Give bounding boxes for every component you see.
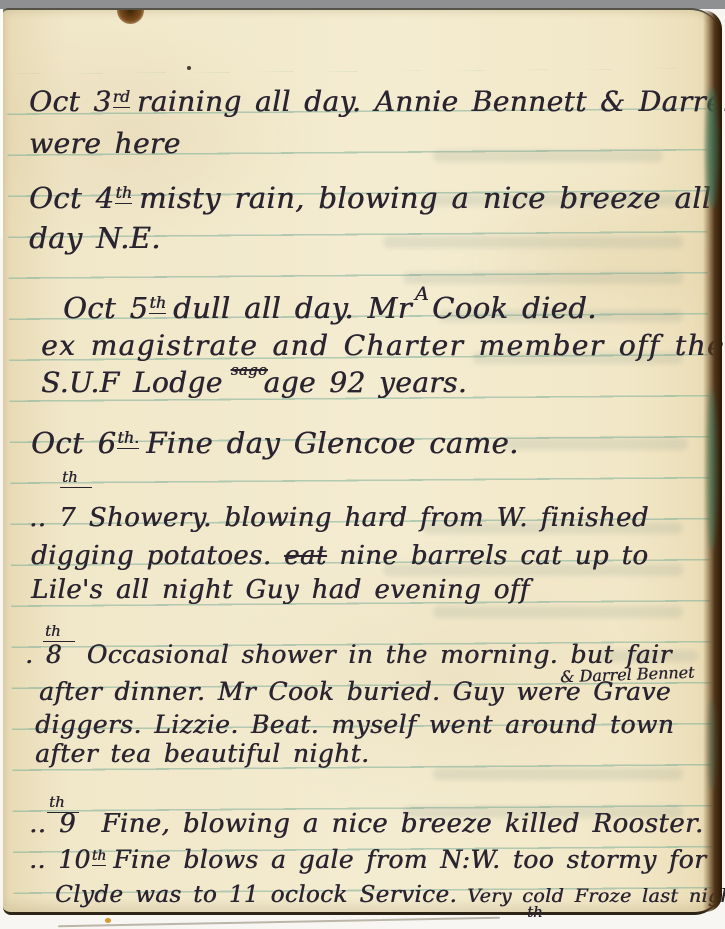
entry-text: age 92 years. — [263, 366, 467, 399]
entry-text: Fine blows a gale from N:W. too stormy f… — [113, 845, 706, 874]
stray-mark: th — [527, 903, 543, 921]
date-ordinal: th — [115, 183, 132, 204]
entry-date: Oct 3 — [29, 85, 112, 118]
entry-oct6-line1: Oct 6th.Fine day Glencoe came. — [31, 427, 519, 460]
entry-oct4-line1: Oct 4thmisty rain, blowing a nice breeze… — [29, 182, 711, 215]
bleed-through-smudge — [433, 606, 683, 618]
entry-oct8-line3: diggers. Lizzie. Beat. myself went aroun… — [35, 711, 674, 740]
entry-oct3-line2: were here — [29, 128, 181, 160]
entry-oct4-line2: day N.E. — [29, 222, 161, 255]
entry-text: misty rain, blowing a nice breeze all — [139, 181, 711, 215]
entry-text: Clyde was to 11 oclock Service. — [55, 882, 457, 908]
diary-photo: Oct 3rdraining all day. Annie Bennett & … — [0, 0, 725, 929]
pencil-line — [58, 917, 500, 927]
entry-text: Lile's all night Guy had evening off — [31, 575, 530, 605]
date-ordinal: rd — [113, 88, 130, 108]
entry-oct5-line1: Oct 5thdull all day. MrACook died. — [63, 292, 597, 325]
binding-teal-smudge — [708, 700, 716, 790]
ditto-mark: .. — [29, 809, 46, 839]
entry-text: diggers. Lizzie. Beat. myself went aroun… — [35, 710, 674, 739]
struck-word: eat — [284, 541, 327, 571]
ink-dot — [187, 66, 191, 70]
entry-text: Fine, blowing a nice breeze killed Roost… — [101, 809, 703, 839]
entry-text: ex magistrate and Charter member off the — [41, 329, 725, 362]
bleed-through-smudge — [433, 150, 663, 162]
diary-page: Oct 3rdraining all day. Annie Bennett & … — [3, 8, 722, 915]
entry-text: Showery. blowing hard from W. finished — [89, 503, 649, 533]
ditto-mark: . — [25, 640, 33, 669]
floating-ordinal: th — [60, 468, 92, 488]
entry-text: Cook died. — [432, 291, 597, 325]
entry-text: day N.E. — [29, 221, 161, 255]
entry-text: dull all day. Mr — [173, 291, 412, 325]
binding-teal-smudge — [706, 88, 718, 208]
inserted-letter: A — [415, 283, 429, 305]
entry-text: nine barrels cat up to — [339, 541, 648, 571]
entry-oct9-line1: .. 9 Fine, blowing a nice breeze killed … — [29, 810, 704, 840]
entry-oct8-line1: . 8 Occasional shower in the morning. bu… — [25, 641, 672, 670]
entry-text: were here — [29, 127, 181, 160]
binding-teal-smudge — [707, 390, 717, 550]
date-ordinal: th — [149, 293, 166, 314]
entry-day: 8 — [46, 640, 62, 669]
entry-oct5-line2: ex magistrate and Charter member off the — [41, 330, 725, 362]
entry-text: digging potatoes. — [31, 541, 271, 571]
bleed-through-smudge — [503, 438, 688, 450]
entry-oct7-line2: digging potatoes. eat nine barrels cat u… — [31, 542, 648, 572]
date-ordinal: th — [92, 848, 106, 866]
entry-oct8-line2: after dinner. Mr Cook buried. Guy were G… — [39, 678, 671, 707]
bleed-through-smudge — [383, 236, 683, 248]
ditto-mark: .. — [29, 503, 46, 533]
entry-oct10-line1: .. 10thFine blows a gale from N:W. too s… — [29, 846, 706, 875]
entry-text: S.U.F Lodge — [41, 366, 223, 399]
entry-text: after dinner. Mr Cook buried. Guy were G… — [39, 677, 671, 706]
floating-ordinal: th — [43, 622, 75, 642]
entry-oct10-line2: Clyde was to 11 oclock Service.Very cold… — [55, 882, 725, 908]
entry-day: 9 — [59, 809, 76, 839]
entry-text-tail: Very cold Froze last night — [467, 885, 725, 907]
ink-stain — [117, 10, 144, 24]
entry-oct7-line3: Lile's all night Guy had evening off — [31, 576, 530, 606]
binding-edge — [703, 10, 722, 912]
entry-oct7-line1: .. 7 Showery. blowing hard from W. finis… — [29, 504, 649, 534]
bleed-through-smudge — [403, 272, 683, 284]
entry-date: Oct 6 — [31, 426, 116, 460]
entry-text: raining all day. Annie Bennett & Darrell — [137, 85, 725, 118]
ditto-mark: .. — [29, 845, 46, 874]
entry-oct5-line3: S.U.F Lodgesagoage 92 years. — [41, 367, 467, 399]
entry-day: 7 — [59, 503, 76, 533]
entry-oct3-line1: Oct 3rdraining all day. Annie Bennett & … — [29, 86, 725, 118]
entry-oct8-line4: after tea beautiful night. — [35, 740, 369, 769]
entry-day: 10 — [58, 845, 91, 874]
orange-dot-stain — [105, 918, 111, 923]
entry-date: Oct 5 — [63, 291, 148, 325]
bleed-through-smudge — [433, 768, 683, 780]
entry-date: Oct 4 — [29, 181, 114, 215]
entry-text: Fine day Glencoe came. — [146, 426, 518, 460]
struck-word: sago — [231, 361, 268, 379]
entry-text: after tea beautiful night. — [35, 739, 369, 768]
entry-text: Occasional shower in the morning. but fa… — [87, 640, 672, 669]
date-ordinal: th. — [117, 428, 139, 449]
